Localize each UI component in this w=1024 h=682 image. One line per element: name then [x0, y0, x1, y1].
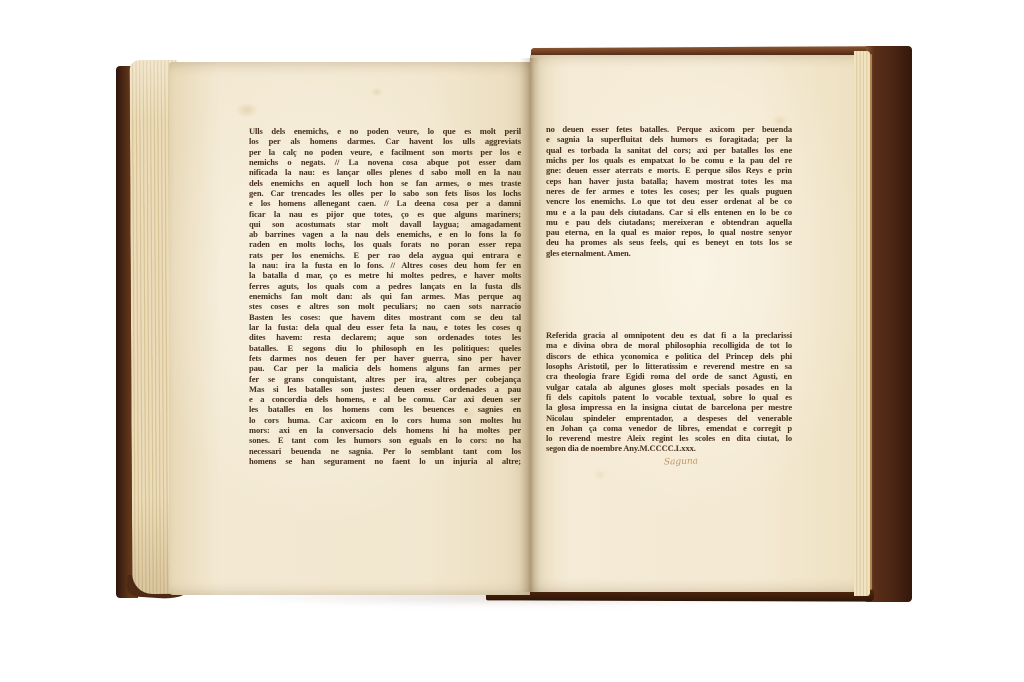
- text-line: la batalla d mar, ço es metre hi moltes …: [249, 270, 521, 280]
- text-line: michs per los quals es empatxat lo be co…: [546, 155, 792, 165]
- text-line: deu ha promes als seus feels, qui es ben…: [546, 237, 792, 247]
- text-line: dels enemichs en aquell loch hon se fan …: [249, 178, 521, 188]
- right-page-edges: [854, 51, 870, 596]
- gilt-fillet-line: [870, 54, 872, 594]
- text-line: la nau: ira la fusta en lo fons. // Altr…: [249, 260, 521, 270]
- text-line: nemichs o negats. // La novena cosa abqu…: [249, 157, 521, 167]
- text-line: stes coses e altres son molt peculiars; …: [249, 301, 521, 311]
- right-page-colophon-paragraph: Referida gracia al omnipotent deu es dat…: [546, 330, 792, 455]
- photo-of-open-book: Ulls dels enemichs, e no poden veure, lo…: [0, 0, 1024, 682]
- text-line: rats per los enemichs. E per rao dela ay…: [249, 250, 521, 260]
- text-line: batalles. E segons diu lo philosoph en l…: [249, 343, 521, 353]
- text-line: vulgar catala ab algunes gloses molt spe…: [546, 382, 792, 392]
- text-line: les batalles en los homens com les beuen…: [249, 404, 521, 414]
- text-line: cra theologia frare Egidi roma del orde …: [546, 371, 792, 381]
- text-line: segon dia de noembre Any.M.CCCC.Lxxx.: [546, 443, 792, 453]
- text-line: qual es torbada la sanitat del cors; axi…: [546, 145, 792, 155]
- text-line: no deuen esser fetes batalles. Perque ax…: [546, 124, 792, 134]
- text-line: enemichs fan molt dan: als qui fan armes…: [249, 291, 521, 301]
- text-line: gles eternalment. Amen.: [546, 248, 792, 258]
- text-line: raden en molts lochs, los quals forats n…: [249, 239, 521, 249]
- text-line: nificada la nau: es lançar olles plenes …: [249, 167, 521, 177]
- text-line: lo reverend mestre Aleix regint les scol…: [546, 433, 792, 443]
- text-line: gen. Car trencades les olles per lo sabo…: [249, 188, 521, 198]
- text-line: ceps han haver justa batalla; havem most…: [546, 176, 792, 186]
- text-line: lar la fusta: dela qual deu esser feta l…: [249, 322, 521, 332]
- text-line: pau eterna, en la qual es maior repos, l…: [546, 227, 792, 237]
- right-page-paragraph-1: no deuen esser fetes batalles. Perque ax…: [546, 124, 792, 259]
- gutter-shadow: [520, 58, 540, 592]
- text-line: e los homens allenegant caen. // La deen…: [249, 198, 521, 208]
- text-line: la glosa impressa en la insigna ciutat d…: [546, 402, 792, 412]
- text-line: ma e divina obra de moral philosophia re…: [546, 340, 792, 350]
- text-line: fer se grans conquistant, altres per ira…: [249, 374, 521, 384]
- text-line: neres de fer armes e totes les coses; pe…: [546, 186, 792, 196]
- text-line: dites havem: resta declarem; aque son or…: [249, 332, 521, 342]
- text-line: pau. Car per la malicia dels homens algu…: [249, 363, 521, 373]
- text-line: Mas si les batalles son justes: deuen es…: [249, 384, 521, 394]
- text-line: ab barrines vagen a la nau dels enemichs…: [249, 229, 521, 239]
- text-line: en Johan ça coma venedor de libres, emen…: [546, 423, 792, 433]
- text-line: losophs Aristotil, per lo litteratissim …: [546, 361, 792, 371]
- text-line: sones. E tant com les humors son eguals …: [249, 435, 521, 445]
- text-line: Ulls dels enemichs, e no poden veure, lo…: [249, 126, 521, 136]
- text-line: mu e a la pau dels ciutadans. Car si ell…: [546, 207, 792, 217]
- text-line: fi dels capitols patent lo vocable textu…: [546, 392, 792, 402]
- text-line: lo cors huma. Car axicom en lo cors huma…: [249, 415, 521, 425]
- text-line: e a concordia dels homens, e al be comu.…: [249, 394, 521, 404]
- text-line: gne: deuen esser aterrats e morts. E per…: [546, 165, 792, 175]
- left-page-text-block: Ulls dels enemichs, e no poden veure, lo…: [249, 126, 521, 467]
- text-line: mors: axi en la conversacio dels homens …: [249, 425, 521, 435]
- text-line: ferres aguts, los quals com a pedres lan…: [249, 281, 521, 291]
- text-line: e sagnia la superfluitat dels humors es …: [546, 134, 792, 144]
- text-line: vencre los enemichs. Lo que tot deu esse…: [546, 196, 792, 206]
- text-line: mu e pau dels ciutadans; mereixeran e ob…: [546, 217, 792, 227]
- right-cover-board: [866, 46, 912, 602]
- text-line: necessari beuenda ne sagnia. Per lo semb…: [249, 446, 521, 456]
- text-line: Referida gracia al omnipotent deu es dat…: [546, 330, 792, 340]
- text-line: homens se han segurament no faent lo un …: [249, 456, 521, 466]
- text-line: Basten les coses: que havem dites mostra…: [249, 312, 521, 322]
- text-line: Nicolau spindeler emprentador, a despese…: [546, 413, 792, 423]
- text-line: fets darmes nos deuen fer per haver guer…: [249, 353, 521, 363]
- text-line: qui son acostumats star molt davall layg…: [249, 219, 521, 229]
- text-line: discors de ethica yconomica e politica d…: [546, 351, 792, 361]
- text-line: per la calç no poden veure, e facilment …: [249, 147, 521, 157]
- text-line: ficar la nau es pijor que totes, ço es q…: [249, 209, 521, 219]
- text-line: los per als homens darmes. Car havent lo…: [249, 136, 521, 146]
